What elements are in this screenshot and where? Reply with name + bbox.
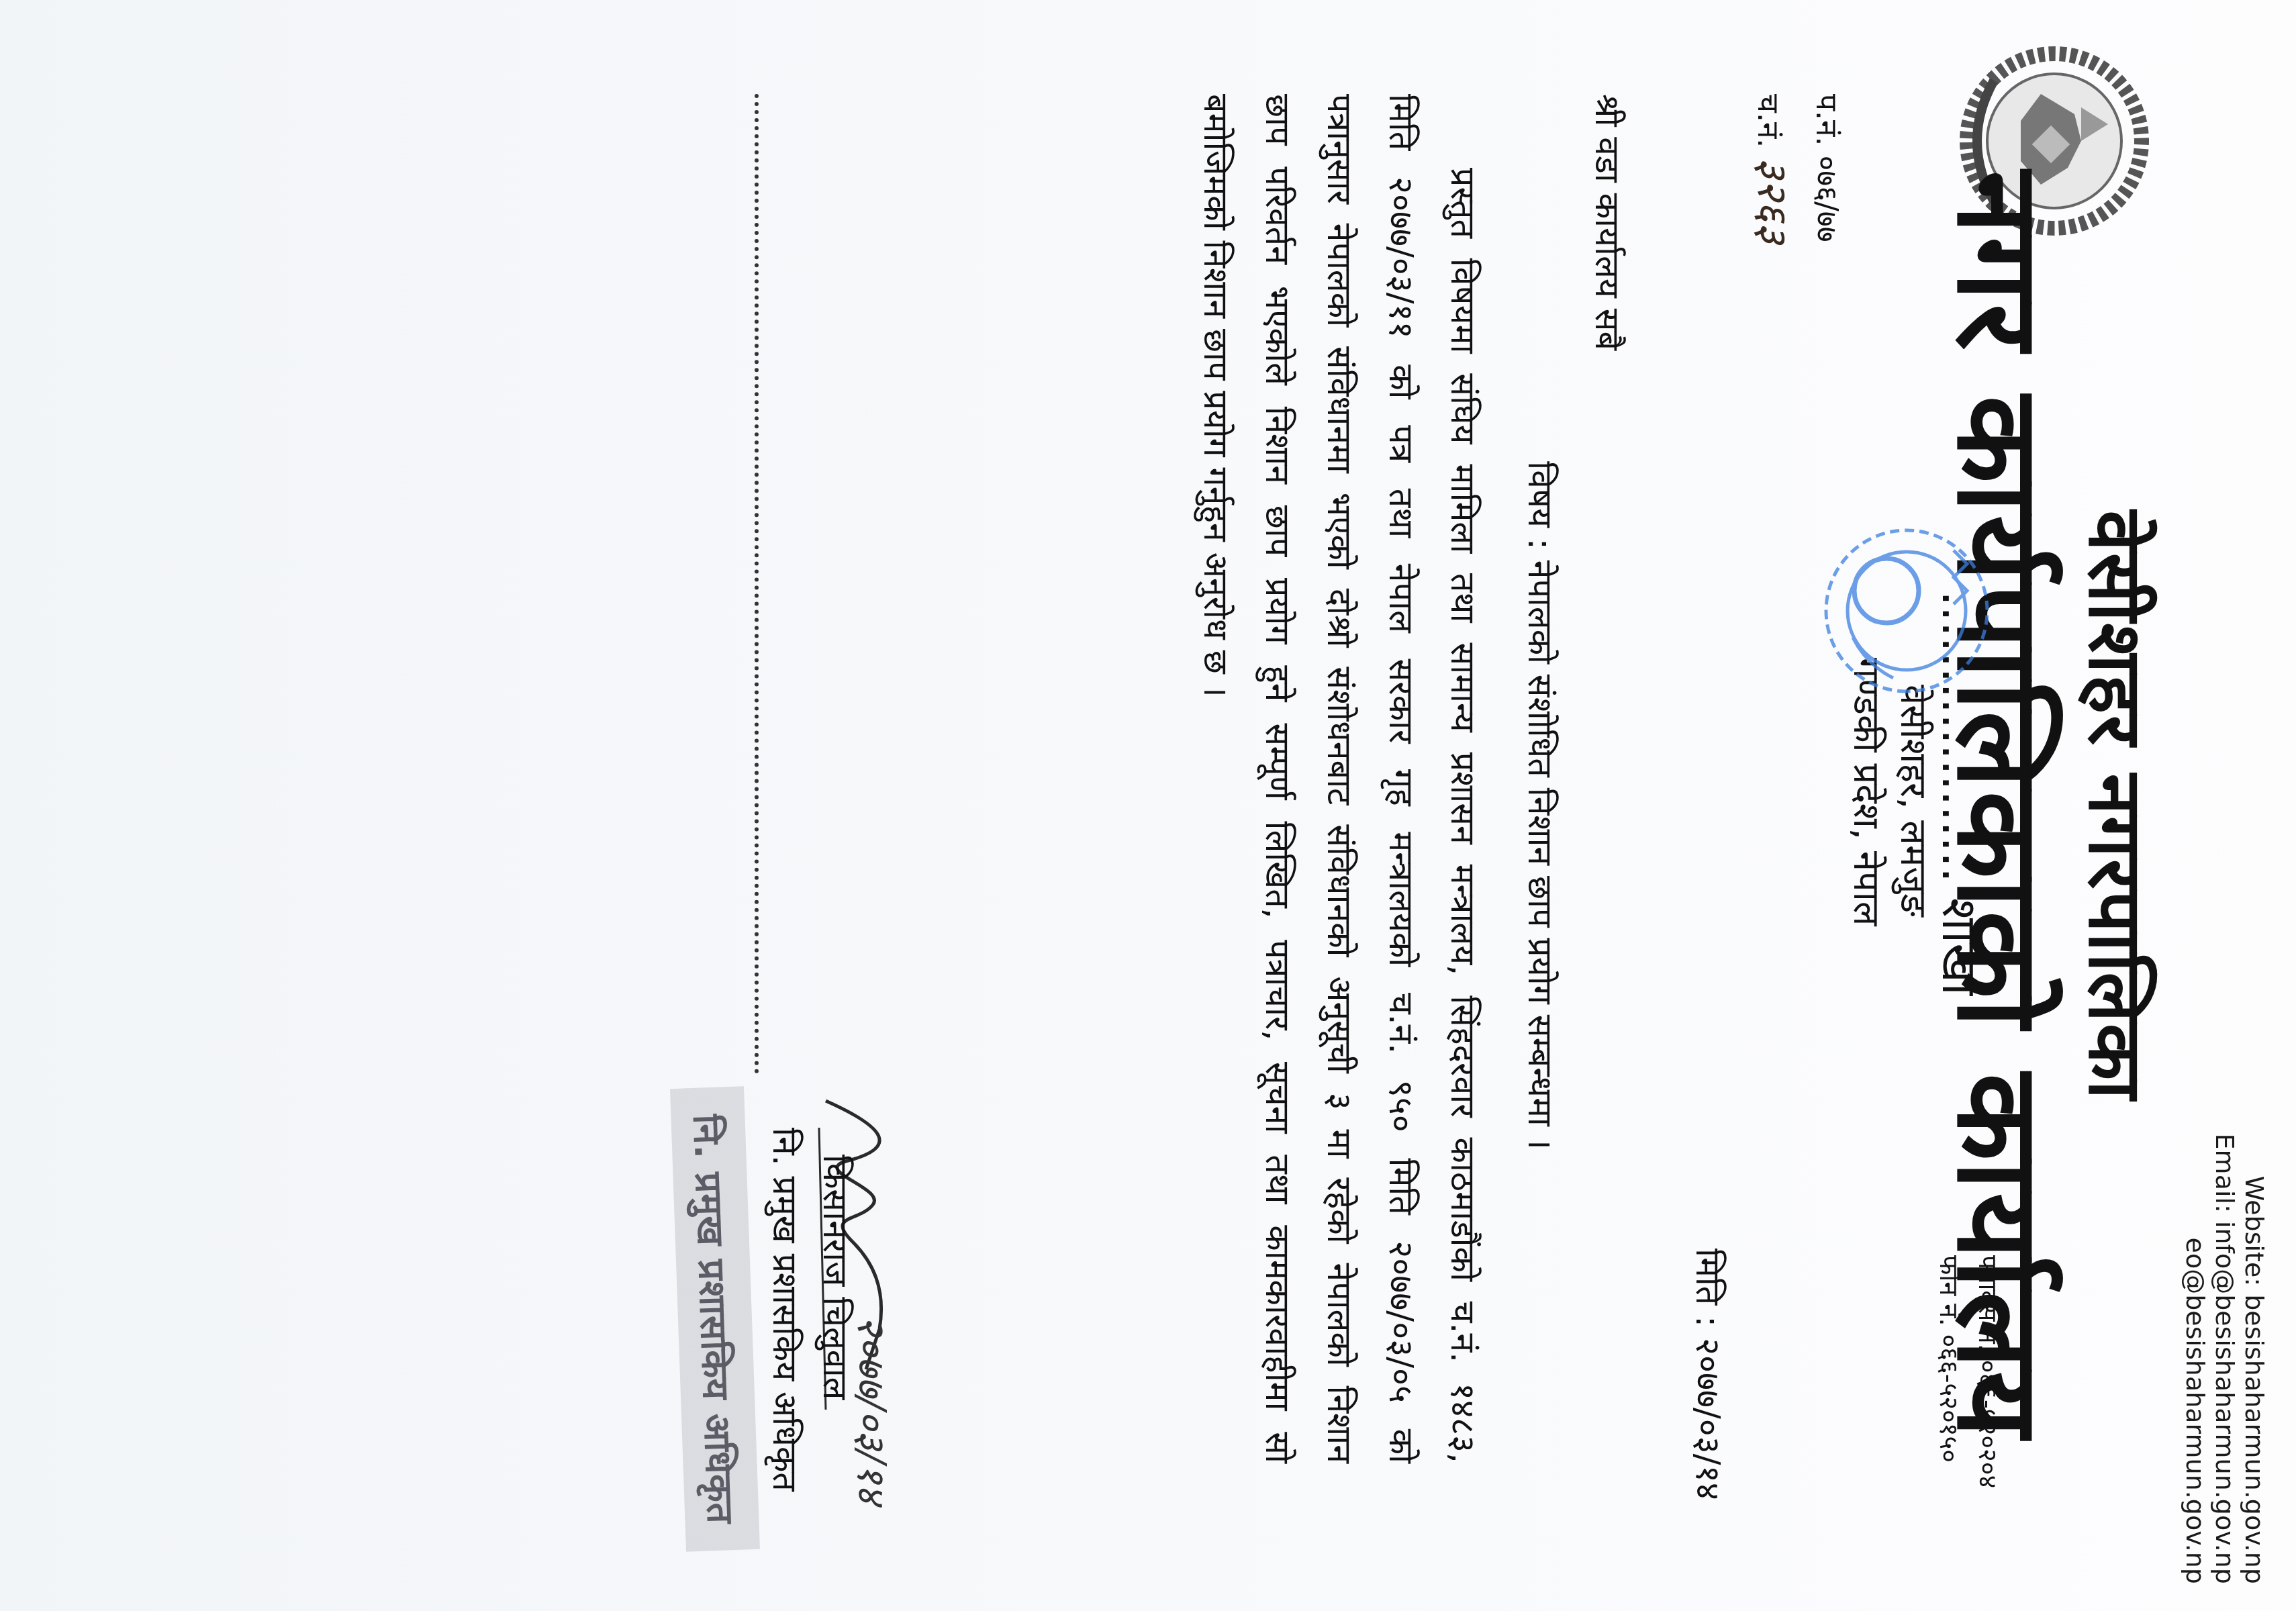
phone-number: फोन नं. ०६६-५२०१५० bbox=[1929, 1255, 1968, 1488]
body-line: पत्रानुसार नेपालको संविधानमा भएको दोश्रो… bbox=[1308, 94, 1370, 1463]
address-line-1: वेसीशहर, लमजुङ bbox=[1891, 685, 1940, 917]
subject-line: विषय : नेपालको संशोधित निशान छाप प्रयोग … bbox=[1519, 0, 1564, 1611]
date-line: मिति : २०७७/०३/१४ bbox=[1686, 1249, 1732, 1500]
body-paragraph: प्रस्तुत विषयमा संघिय मामिला तथा सामान्य… bbox=[1185, 94, 1494, 1463]
patra-value: ०७६/७७ bbox=[1809, 155, 1844, 242]
chalani-number: च.नं. ३२६३ bbox=[1741, 94, 1799, 244]
signature-dotted-rule bbox=[755, 94, 759, 1074]
municipality-name: वेसीशहर नगरपालिका bbox=[2068, 0, 2168, 1611]
body-line: मिति २०७७/०३/११ को पत्र तथा नेपाल सरकार … bbox=[1370, 94, 1432, 1463]
body-line: छाप परिवर्तन भएकोले निशान छाप प्रयोग हुन… bbox=[1247, 94, 1308, 1463]
patra-number: प.नं. ०७६/७७ bbox=[1799, 94, 1853, 244]
addressee: श्री वडा कार्यालय सबै bbox=[1586, 94, 1631, 350]
fax-number: फ्याक्स नं. ०६६-५२०२०४ bbox=[1968, 1255, 2007, 1488]
letter-page: Website: besishaharmun.gov.np Email: inf… bbox=[0, 0, 2296, 1611]
date-label: मिति : bbox=[1688, 1249, 1727, 1327]
reference-block: प.नं. ०७६/७७ च.नं. ३२६३ bbox=[1741, 94, 1853, 244]
fax-phone-block: फ्याक्स नं. ०६६-५२०२०४ फोन नं. ०६६-५२०१५… bbox=[1929, 1255, 2007, 1488]
contacts-block: Website: besishaharmun.gov.np Email: inf… bbox=[2181, 1134, 2269, 1584]
chalani-value: ३२६३ bbox=[1748, 157, 1797, 244]
body-line: बमोजिमको निशान छाप प्रयोग गर्नुहुन अनुरो… bbox=[1185, 94, 1247, 1463]
email-info-text: Email: info@besishaharmun.gov.np bbox=[2210, 1134, 2240, 1584]
website-text: Website: besishaharmun.gov.np bbox=[2240, 1134, 2269, 1584]
office-seal-icon bbox=[1813, 510, 2001, 712]
signer-title: नि. प्रमुख प्रशासकिय अधिकृत bbox=[763, 1128, 809, 1492]
date-value: २०७७/०३/१४ bbox=[1688, 1338, 1727, 1500]
designation-stamp: नि. प्रमुख प्रशासकिय अधिकृत bbox=[670, 1086, 760, 1552]
email-eo-text: eo@besishaharmun.gov.np bbox=[2181, 1134, 2210, 1584]
body-line: प्रस्तुत विषयमा संघिय मामिला तथा सामान्य… bbox=[1432, 94, 1494, 1463]
signer-name: किसानराज चिलुवाल bbox=[814, 1155, 859, 1400]
patra-label: प.नं. bbox=[1809, 94, 1844, 146]
chalani-label: च.नं. bbox=[1751, 94, 1785, 148]
